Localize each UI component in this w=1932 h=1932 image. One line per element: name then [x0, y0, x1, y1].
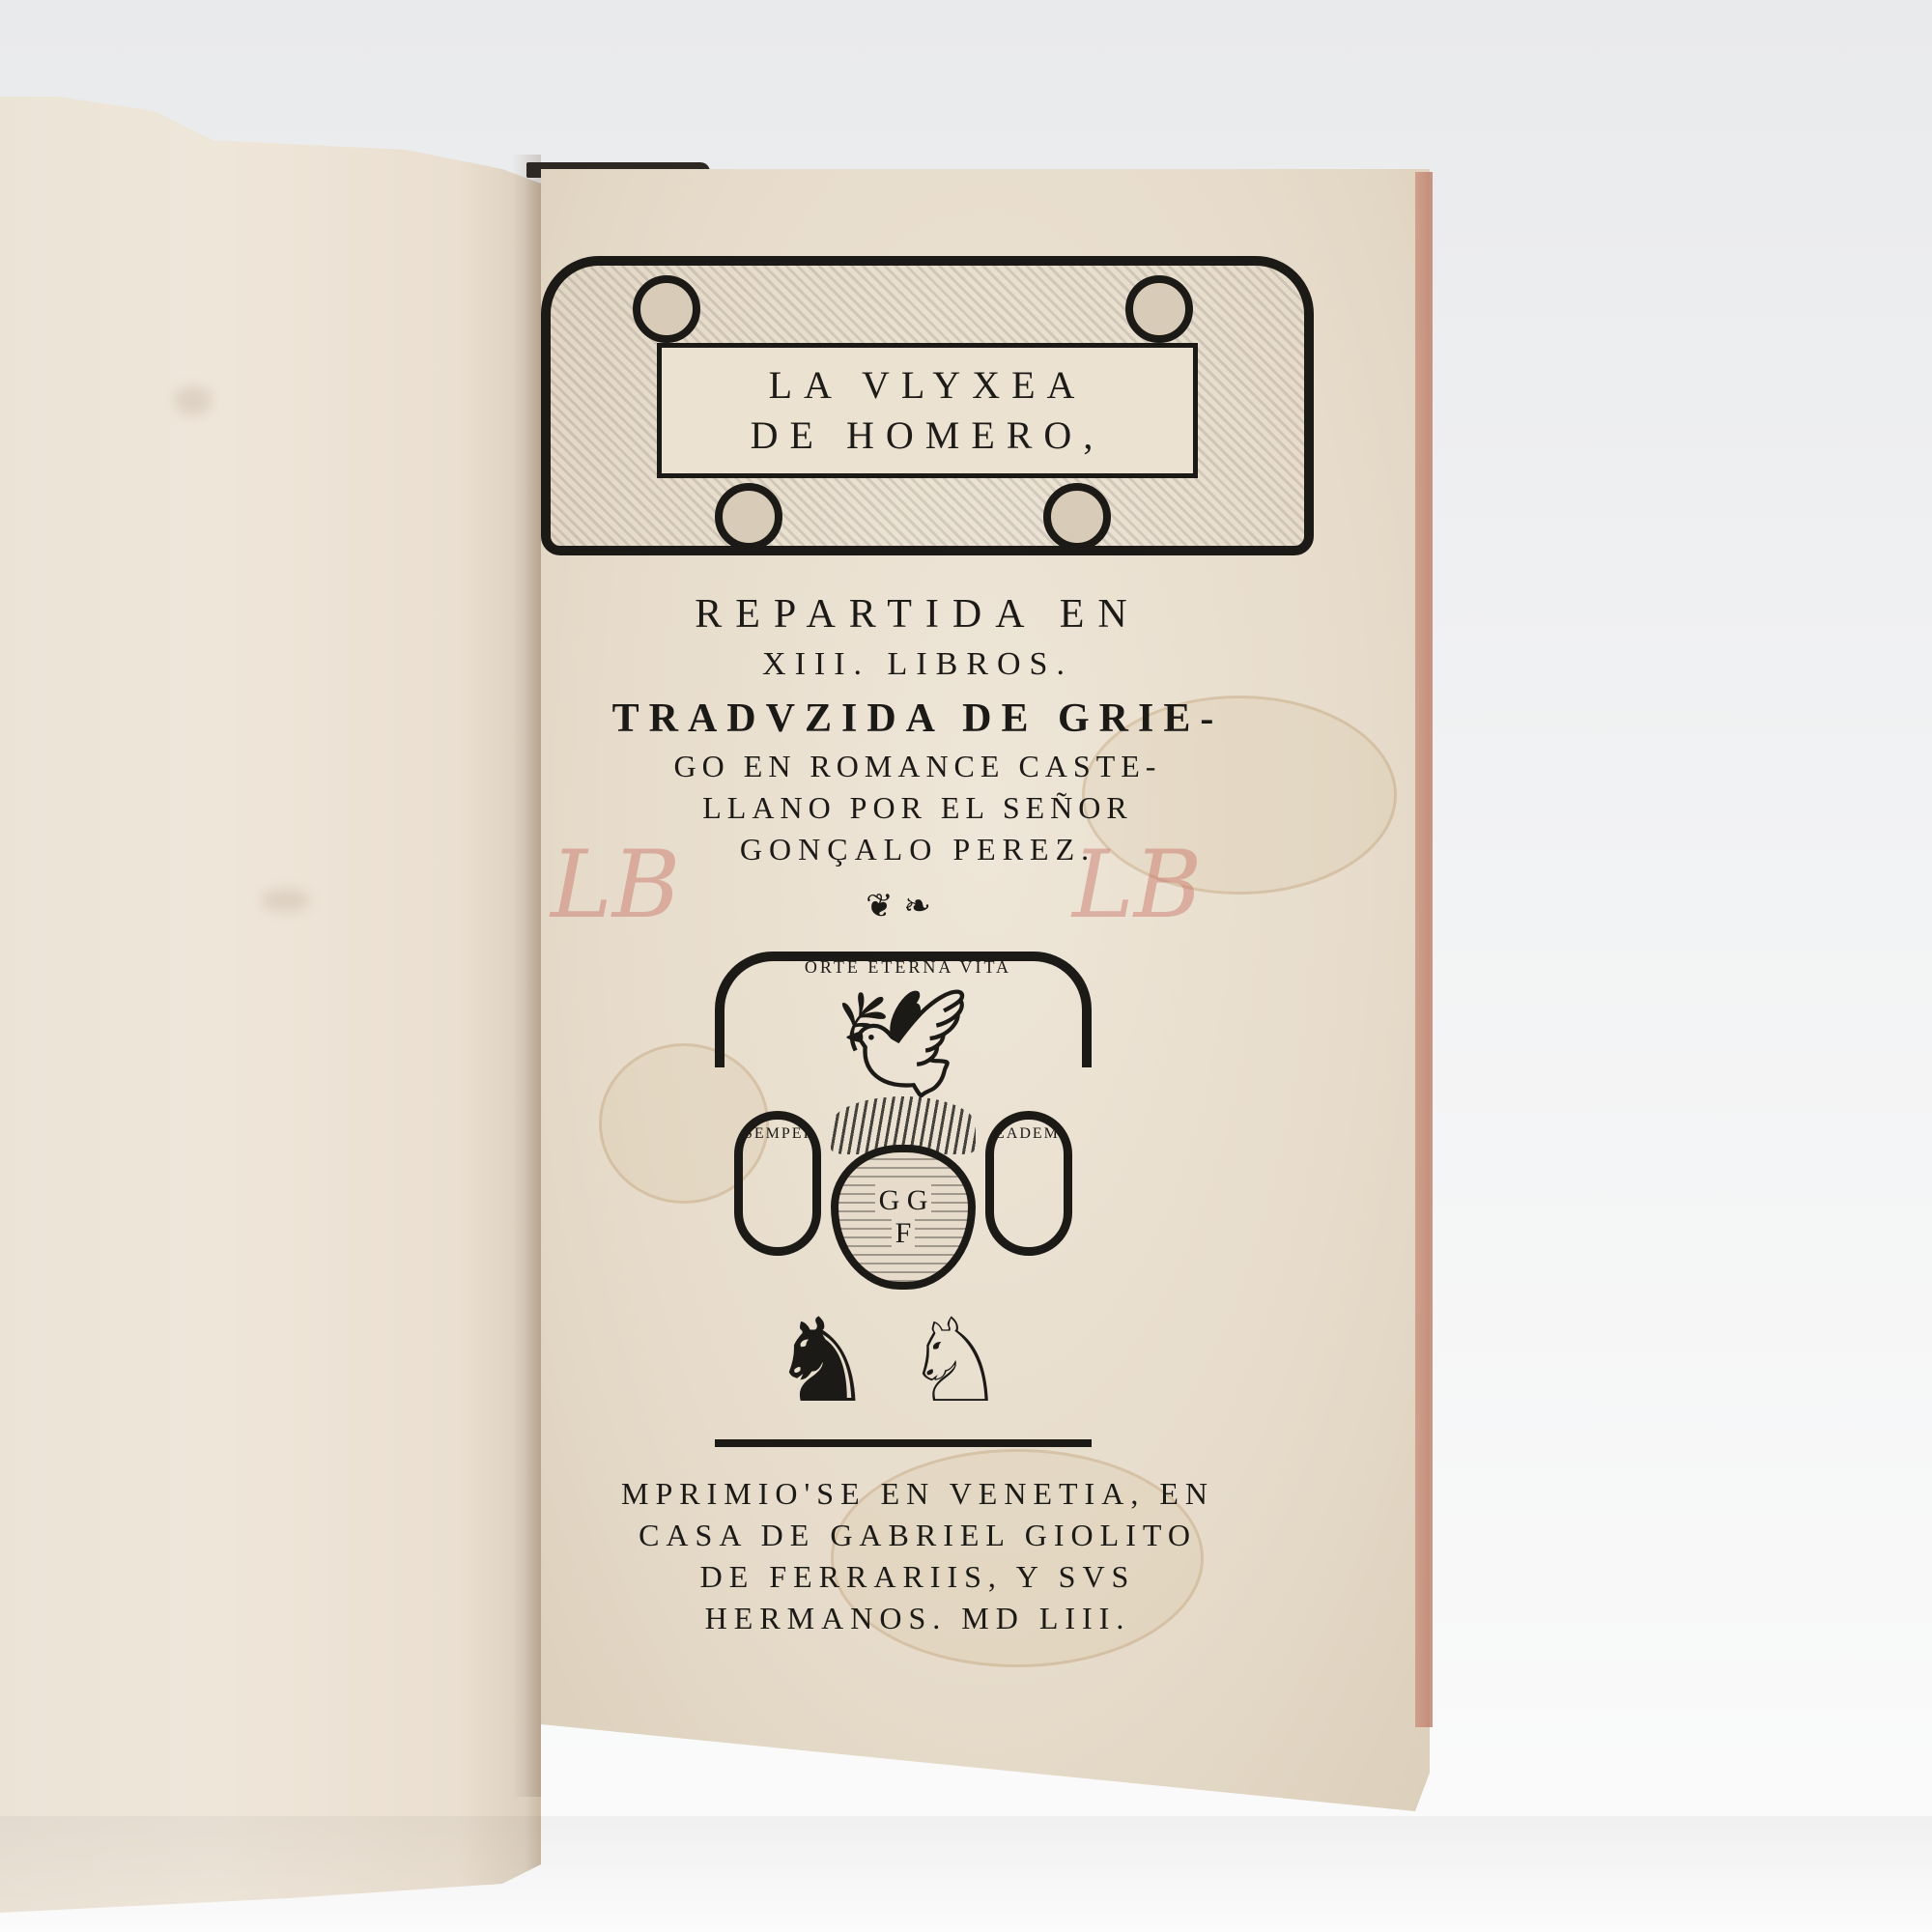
- motto-left: SEMPER: [744, 1125, 815, 1143]
- cover-inner-edge: [512, 155, 541, 1797]
- device-ground-line: [715, 1439, 1092, 1447]
- imprint-line-1: MPRIMIO'SE EN VENETIA, EN: [551, 1473, 1285, 1515]
- motto-right: EADEM: [995, 1125, 1060, 1143]
- fleuron-icon: ❦ ❧: [840, 887, 956, 925]
- subtitle-line-1: REPARTIDA EN: [551, 589, 1285, 639]
- title-line-2: DE HOMERO,: [751, 411, 1105, 461]
- scroll-ornament-icon: [1125, 275, 1193, 343]
- cover-stain: [174, 386, 213, 415]
- globe-initial-f: F: [892, 1217, 916, 1250]
- motto-top: ORTE ETERNA VITA: [773, 957, 1043, 978]
- scroll-ornament-icon: [715, 483, 782, 551]
- subtitle-line-3: TRADVZIDA DE GRIE-: [551, 694, 1285, 744]
- printers-device: ORTE ETERNA VITA 🕊 SEMPER EADEM G G F ♞♘: [715, 952, 1092, 1454]
- subtitle-line-4: GO EN ROMANCE CASTE-: [551, 746, 1285, 786]
- subtitle-line-2: XIII. LIBROS.: [551, 642, 1285, 687]
- title-cartouche: LA VLYXEA DE HOMERO,: [657, 343, 1198, 478]
- table-shadow: [0, 1816, 1932, 1932]
- ownership-stamp-left: LB: [551, 831, 680, 939]
- satyrs-icon: ♞♘: [715, 1280, 1092, 1454]
- imprint-line-3: DE FERRARIIS, Y SVS: [551, 1556, 1285, 1598]
- scroll-ornament-icon: [1043, 483, 1111, 551]
- imprint-line-2: CASA DE GABRIEL GIOLITO: [551, 1515, 1285, 1556]
- phoenix-icon: 🕊: [816, 990, 990, 1096]
- book-cover-vellum: [0, 97, 541, 1913]
- ownership-stamp-right: LB: [1072, 831, 1202, 939]
- imprint-line-4: HERMANOS. MD LIII.: [551, 1598, 1285, 1639]
- cover-stain: [261, 889, 309, 912]
- red-fore-edge: [1415, 172, 1433, 1727]
- globe-initials: G G: [875, 1184, 932, 1217]
- subtitle-line-5: LLANO POR EL SEÑOR: [551, 787, 1285, 828]
- winged-globe-icon: G G F: [831, 1145, 976, 1290]
- title-line-1: LA VLYXEA: [769, 360, 1087, 411]
- imprint: MPRIMIO'SE EN VENETIA, EN CASA DE GABRIE…: [551, 1473, 1285, 1639]
- scroll-ornament-icon: [633, 275, 700, 343]
